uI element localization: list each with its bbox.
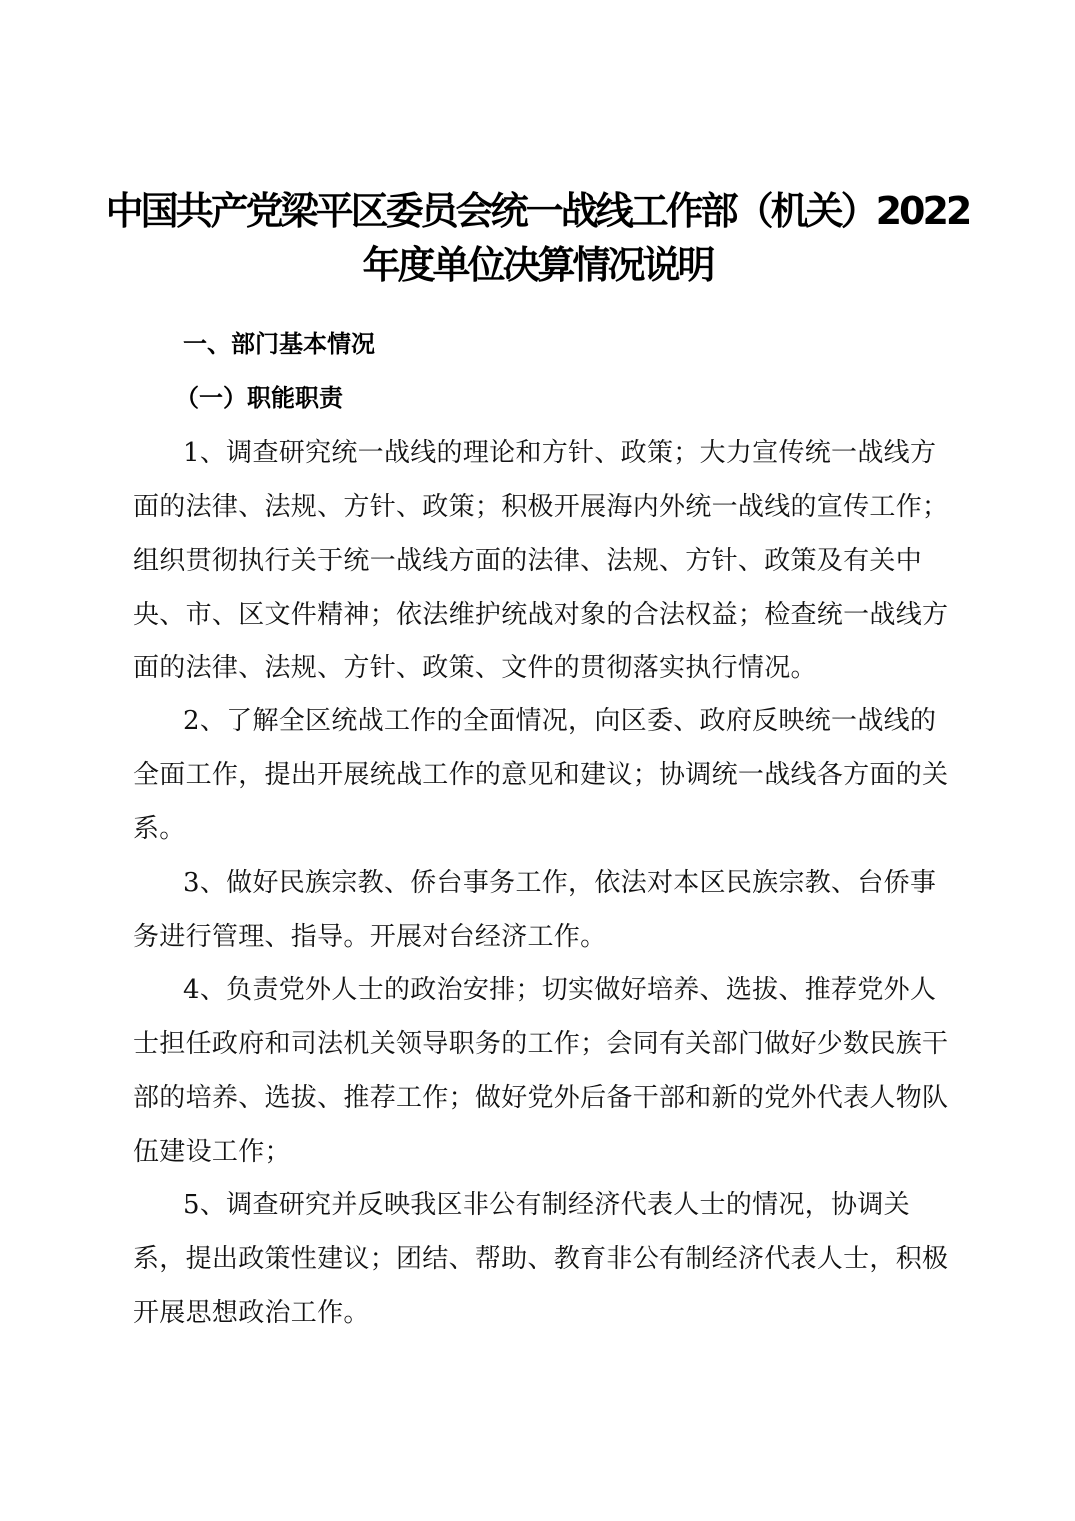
document-title-line-2: 年度单位决算情况说明: [100, 238, 975, 292]
paragraph-3-line-2: 务进行管理、指导。开展对台经济工作。: [133, 919, 606, 955]
paragraph-4-line-4: 伍建设工作；: [133, 1134, 291, 1170]
subsection-heading: （一）职能职责: [175, 380, 343, 416]
paragraph-1-line-4: 央、市、区文件精神；依法维护统战对象的合法权益；检查统一战线方: [133, 597, 948, 633]
paragraph-2-line-3: 系。: [133, 811, 186, 847]
section-heading: 一、部门基本情况: [183, 326, 375, 362]
paragraph-3-line-1: 3、做好民族宗教、侨台事务工作，依法对本区民族宗教、台侨事: [183, 865, 936, 901]
paragraph-1-line-3: 组织贯彻执行关于统一战线方面的法律、法规、方针、政策及有关中: [133, 543, 922, 579]
paragraph-4-line-1: 4、负责党外人士的政治安排；切实做好培养、选拔、推荐党外人: [183, 972, 936, 1008]
paragraph-5-line-3: 开展思想政治工作。: [133, 1295, 370, 1331]
paragraph-1-line-5: 面的法律、法规、方针、政策、文件的贯彻落实执行情况。: [133, 650, 817, 686]
paragraph-1-line-1: 1、调查研究统一战线的理论和方针、政策；大力宣传统一战线方: [183, 435, 936, 471]
paragraph-4-line-2: 士担任政府和司法机关领导职务的工作；会同有关部门做好少数民族干: [133, 1026, 948, 1062]
paragraph-2-line-2: 全面工作，提出开展统战工作的意见和建议；协调统一战线各方面的关: [133, 757, 948, 793]
paragraph-5-line-2: 系，提出政策性建议；团结、帮助、教育非公有制经济代表人士，积极: [133, 1241, 948, 1277]
document-page: 中国共产党梁平区委员会统一战线工作部（机关）2022 年度单位决算情况说明 一、…: [0, 0, 1075, 1521]
paragraph-1-line-2: 面的法律、法规、方针、政策；积极开展海内外统一战线的宣传工作；: [133, 489, 948, 525]
paragraph-2-line-1: 2、了解全区统战工作的全面情况，向区委、政府反映统一战线的: [183, 703, 936, 739]
document-title-line-1: 中国共产党梁平区委员会统一战线工作部（机关）2022: [100, 184, 975, 238]
paragraph-4-line-3: 部的培养、选拔、推荐工作；做好党外后备干部和新的党外代表人物队: [133, 1080, 948, 1116]
paragraph-5-line-1: 5、调查研究并反映我区非公有制经济代表人士的情况，协调关: [183, 1187, 910, 1223]
